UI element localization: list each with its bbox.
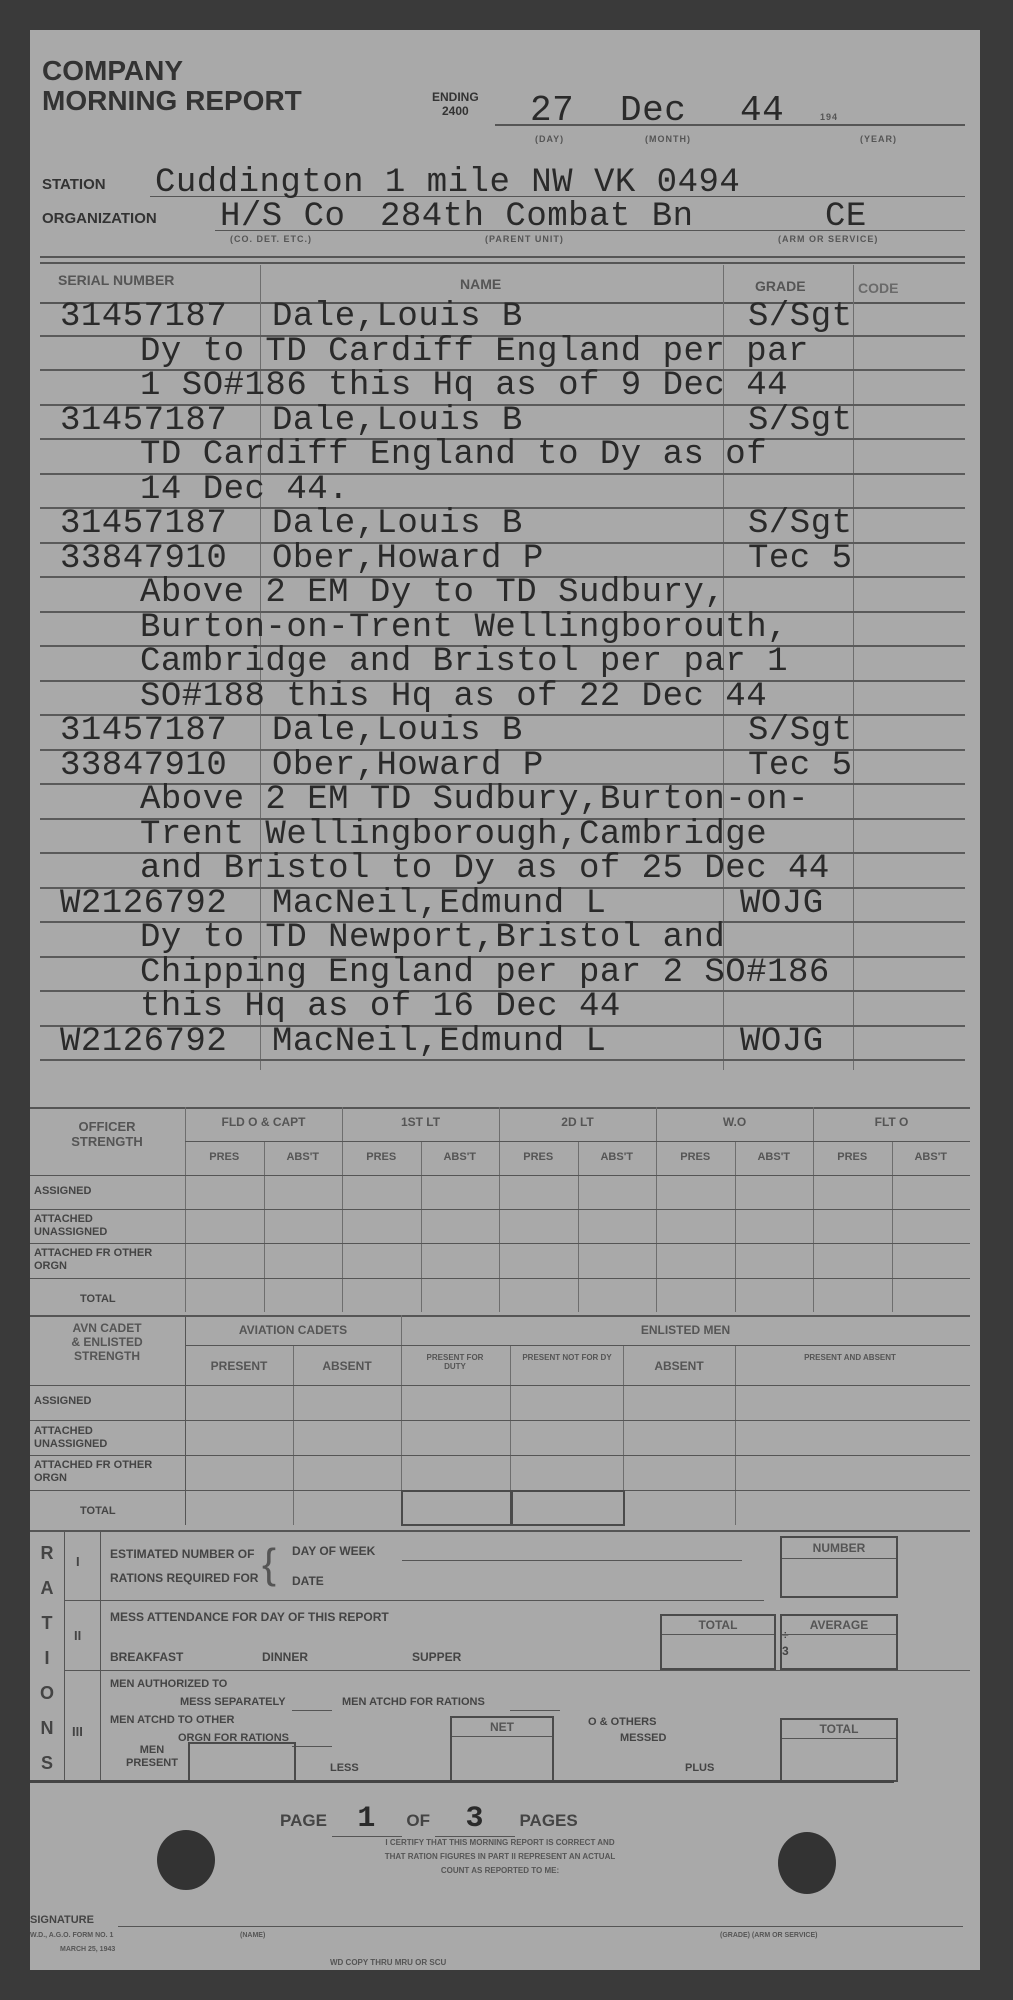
officer-group-header: 1ST LT [342,1115,499,1129]
officer-col-present: PRES [813,1151,892,1163]
table-row: 33847910Ober,Howard PTec 5 [40,751,965,786]
col-enlisted-absent: ABSENT [623,1359,735,1373]
form-title: COMPANY MORNING REPORT [42,56,302,116]
officer-col-present: PRES [656,1151,735,1163]
certify-line2: THAT RATION FIGURES IN PART II REPRESENT… [230,1850,770,1864]
person-name: Dale,Louis B [272,298,523,336]
page-counter: PAGE 1 OF 3 PAGES [280,1802,578,1837]
enlisted-title-line3: STRENGTH [34,1349,180,1363]
atchd-for-rations-field[interactable] [510,1710,560,1711]
net-box[interactable]: NET [450,1716,554,1782]
less-label: LESS [330,1762,359,1774]
remark-text: this Hq as of 16 Dec 44 [140,988,621,1026]
person-name: Ober,Howard P [272,540,544,578]
header-serial: SERIAL NUMBER [58,272,174,288]
part1-line2: RATIONS REQUIRED FOR [110,1566,258,1590]
serial-number: W2126792 [60,1023,227,1061]
report-month: Dec [620,90,686,131]
certify-line1: I CERTIFY THAT THIS MORNING REPORT IS CO… [230,1836,770,1850]
remark-text: TD Cardiff England to Dy as of [140,436,767,474]
total-box[interactable]: TOTAL [660,1614,776,1670]
grade-caption: (GRADE) (ARM OR SERVICE) [720,1932,817,1939]
officer-title-line1: OFFICER [34,1119,180,1134]
year-caption: (YEAR) [860,134,897,144]
grade: WOJG [740,1023,824,1061]
ending-text: ENDING [432,90,479,104]
rations-numeral-divider [100,1532,101,1782]
remark-row: Dy to TD Newport,Bristol and [40,923,965,958]
org-arm-service: CE [825,198,867,236]
certify-line3: COUNT AS REPORTED TO ME: [230,1864,770,1878]
atchd-for-rations-label: MEN ATCHD FOR RATIONS [342,1696,485,1708]
punch-hole-right [778,1832,836,1894]
officer-col-present: PRES [499,1151,578,1163]
officer-group-header: FLD O & CAPT [185,1115,342,1129]
officer-col-absent: ABS'T [735,1151,814,1163]
group-aviation-cadets: AVIATION CADETS [185,1323,401,1337]
table-row: 31457187Dale,Louis BS/Sgt [40,716,965,751]
ending-label: ENDING 2400 [432,90,479,118]
enlisted-row-total: TOTAL [80,1505,116,1517]
mess-separately-field[interactable] [292,1710,332,1711]
part2-numeral: II [74,1628,81,1643]
enlisted-row-assigned: ASSIGNED [34,1395,91,1407]
grade: S/Sgt [748,505,853,543]
person-name: MacNeil,Edmund L [272,1023,606,1061]
remark-row: Above 2 EM Dy to TD Sudbury, [40,578,965,613]
number-label: NUMBER [782,1538,896,1559]
rations-side-label: RATIONS [30,1536,64,1781]
total2-box[interactable]: TOTAL [780,1718,898,1782]
organization-label: ORGANIZATION [42,210,157,227]
grade: S/Sgt [748,712,853,750]
remark-text: Trent Wellingborough,Cambridge [140,816,767,854]
remark-row: Chipping England per par 2 SO#186 [40,958,965,993]
table-row: W2126792MacNeil,Edmund LWOJG [40,889,965,924]
grade: Tec 5 [748,747,853,785]
morning-report-form: COMPANY MORNING REPORT ENDING 2400 27 De… [30,30,980,1970]
rations-side-letter: A [30,1571,64,1606]
officer-col-absent: ABS'T [421,1151,500,1163]
table-top-rule-2 [40,262,965,264]
grade: S/Sgt [748,298,853,336]
page-number: 1 [332,1802,402,1837]
rations-side-letter: I [30,1641,64,1676]
remark-row: Cambridge and Bristol per par 1 [40,647,965,682]
men-present-line1: MEN [126,1744,178,1757]
officer-col-present: PRES [342,1151,421,1163]
serial-number: W2126792 [60,885,227,923]
rations-section: RATIONS I ESTIMATED NUMBER OF RATIONS RE… [30,1532,970,1782]
officer-group-header: 2D LT [499,1115,656,1129]
group-enlisted-men: ENLISTED MEN [401,1323,970,1337]
grade: Tec 5 [748,540,853,578]
signature-field[interactable] [118,1926,963,1927]
bottom-note: WD COPY THRU MRU OR SCU [330,1958,446,1967]
officer-strength-title: OFFICER STRENGTH [34,1119,180,1149]
remark-row: Above 2 EM TD Sudbury,Burton-on- [40,785,965,820]
rations-side-letter: T [30,1606,64,1641]
person-name: Ober,Howard P [272,747,544,785]
station-value: Cuddington 1 mile NW VK 0494 [155,164,740,202]
officer-sub-divider [578,1141,579,1312]
dinner-label: DINNER [262,1650,308,1664]
table-row: 31457187Dale,Louis BS/Sgt [40,509,965,544]
remark-text: Chipping England per par 2 SO#186 [140,954,830,992]
certification-text: I CERTIFY THAT THIS MORNING REPORT IS CO… [230,1836,770,1878]
rations-side-letter: R [30,1536,64,1571]
remark-row: and Bristol to Dy as of 25 Dec 44 [40,854,965,889]
average-label: AVERAGE [782,1616,896,1635]
grade: S/Sgt [748,402,853,440]
report-day: 27 [530,90,574,131]
org-unit: H/S Co [220,198,345,236]
officer-row-rule-1 [30,1209,970,1210]
rations-side-letter: S [30,1746,64,1781]
serial-number: 31457187 [60,505,227,543]
officer-row-rule-2 [30,1243,970,1244]
auth-line1: MEN AUTHORIZED TO [110,1678,227,1690]
month-caption: (MONTH) [645,134,691,144]
men-present-label: MEN PRESENT [126,1744,178,1770]
part2-title: MESS ATTENDANCE FOR DAY OF THIS REPORT [110,1610,389,1624]
part1-line1: ESTIMATED NUMBER OF [110,1542,258,1566]
punch-hole-left [157,1830,215,1890]
men-present-box[interactable] [188,1742,296,1782]
total-present-for-duty-box [401,1490,513,1526]
remark-text: SO#188 this Hq as of 22 Dec 44 [140,678,767,716]
total-present-not-for-duty-box [510,1490,625,1526]
report-year: 44 [740,90,784,131]
parent-caption: (PARENT UNIT) [485,234,564,244]
remark-row: Dy to TD Cardiff England per par [40,337,965,372]
serial-number: 31457187 [60,298,227,336]
remark-text: and Bristol to Dy as of 25 Dec 44 [140,850,830,888]
form-date: MARCH 25, 1943 [60,1946,115,1953]
remark-row: SO#188 this Hq as of 22 Dec 44 [40,682,965,717]
officer-row-attached-other: ATTACHED FR OTHER ORGN [34,1247,164,1273]
rations-side-divider [64,1532,65,1782]
remark-row: Burton-on-Trent Wellingborouth, [40,613,965,648]
person-name: Dale,Louis B [272,505,523,543]
supper-label: SUPPER [412,1650,461,1664]
o-others-line1: O & OTHERS [588,1716,656,1728]
col-cadets-absent: ABSENT [293,1359,401,1373]
table-row: W2126792MacNeil,Edmund LWOJG [40,1027,965,1062]
grade: WOJG [740,885,824,923]
name-caption: (NAME) [240,1932,265,1939]
officer-col-absent: ABS'T [578,1151,657,1163]
unit-caption: (CO. DET. ETC.) [230,234,312,244]
pages-label: PAGES [519,1811,577,1830]
of-label: OF [406,1811,430,1830]
atchd-other-field[interactable] [292,1746,332,1747]
ending-time: 2400 [432,104,479,118]
header-name: NAME [460,276,501,292]
remark-text: 14 Dec 44. [140,471,349,509]
officer-sub-divider [735,1141,736,1312]
enlisted-group-rule [185,1345,970,1346]
officer-title-line2: STRENGTH [34,1134,180,1149]
day-of-week-label: DAY OF WEEK [292,1544,375,1558]
person-name: Dale,Louis B [272,402,523,440]
officer-group-header: W.O [656,1115,813,1129]
officer-sub-divider [421,1141,422,1312]
part1-label: ESTIMATED NUMBER OF RATIONS REQUIRED FOR [110,1542,258,1590]
enlisted-col-div-5 [735,1345,736,1525]
enlisted-row-attached-unassigned: ATTACHED UNASSIGNED [34,1425,164,1451]
number-box[interactable]: NUMBER [780,1536,898,1598]
date-label: DATE [292,1574,324,1588]
day-of-week-field[interactable] [402,1560,742,1561]
brace-icon: { [262,1542,276,1586]
table-row: 33847910Ober,Howard PTec 5 [40,544,965,579]
men-present-line2: PRESENT [126,1757,178,1770]
remark-row: this Hq as of 16 Dec 44 [40,992,965,1027]
officer-group-header: FLT O [813,1115,970,1129]
enlisted-strength-title: AVN CADET & ENLISTED STRENGTH [34,1321,180,1363]
rations-side-letter: N [30,1711,64,1746]
average-box[interactable]: AVERAGE [780,1614,898,1670]
remark-text: Dy to TD Cardiff England per par [140,333,809,371]
officer-row-rule-3 [30,1278,970,1279]
serial-number: 31457187 [60,402,227,440]
org-parent-unit: 284th Combat Bn [380,198,694,236]
officer-col-present: PRES [185,1151,264,1163]
person-name: MacNeil,Edmund L [272,885,606,923]
rations-bottom-rule [30,1780,894,1783]
col-present-not-for-duty: PRESENT NOT FOR DY [522,1353,612,1362]
rations-part2-rule [64,1670,970,1671]
atchd-other-line1: MEN ATCHD TO OTHER [110,1714,234,1726]
officer-sub-divider [892,1141,893,1312]
col-present-for-duty: PRESENT FOR DUTY [415,1353,495,1371]
serial-number: 33847910 [60,747,227,785]
header-grade: GRADE [755,278,806,294]
day-caption: (DAY) [535,134,564,144]
remark-text: 1 SO#186 this Hq as of 9 Dec 44 [140,367,788,405]
remark-row: 1 SO#186 this Hq as of 9 Dec 44 [40,371,965,406]
enlisted-title-line2: & ENLISTED [34,1335,180,1349]
officer-group-rule [185,1141,970,1142]
o-others-line2: MESSED [620,1732,666,1744]
col-present-and-absent: PRESENT AND ABSENT [790,1353,910,1362]
part1-numeral: I [76,1554,80,1569]
part3-numeral: III [72,1724,83,1739]
col-cadets-present: PRESENT [185,1359,293,1373]
rations-side-letter: O [30,1676,64,1711]
page-total: 3 [435,1802,515,1837]
enlisted-row-attached-other: ATTACHED FR OTHER ORGN [34,1459,164,1485]
officer-sub-divider [264,1141,265,1312]
form-title-line2: MORNING REPORT [42,86,302,116]
table-row: 31457187Dale,Louis BS/Sgt [40,302,965,337]
form-title-line1: COMPANY [42,56,302,86]
remark-text: Above 2 EM Dy to TD Sudbury, [140,574,725,612]
serial-number: 31457187 [60,712,227,750]
remark-row: Trent Wellingborough,Cambridge [40,820,965,855]
officer-header-rule [30,1175,970,1176]
person-name: Dale,Louis B [272,712,523,750]
arm-caption: (ARM OR SERVICE) [778,234,878,244]
total-label: TOTAL [662,1616,774,1635]
header-code: CODE [858,280,898,296]
signature-label: SIGNATURE [30,1914,94,1926]
officer-row-assigned: ASSIGNED [34,1185,91,1197]
enlisted-strength-table: AVN CADET & ENLISTED STRENGTH AVIATION C… [30,1315,970,1530]
auth-line2: MESS SEPARATELY [180,1696,286,1708]
table-row: 31457187Dale,Louis BS/Sgt [40,406,965,441]
plus-label: PLUS [685,1762,714,1774]
station-label: STATION [42,176,106,193]
serial-number: 33847910 [60,540,227,578]
table-top-rule [40,256,965,258]
remark-text: Burton-on-Trent Wellingborouth, [140,609,788,647]
officer-strength-table: OFFICER STRENGTH FLD O & CAPTPRESABS'T1S… [30,1107,970,1315]
remark-text: Dy to TD Newport,Bristol and [140,919,725,957]
officer-col-absent: ABS'T [264,1151,343,1163]
remark-row: TD Cardiff England to Dy as of [40,440,965,475]
year-prefix: 194 [820,112,838,122]
officer-row-total: TOTAL [80,1293,116,1305]
remark-text: Above 2 EM TD Sudbury,Burton-on- [140,781,809,819]
officer-col-absent: ABS'T [892,1151,971,1163]
net-label: NET [452,1718,552,1737]
rations-part1-rule [64,1600,764,1601]
enlisted-row-rule-2 [30,1455,970,1456]
enlisted-row-rule-1 [30,1420,970,1421]
enlisted-title-line1: AVN CADET [34,1321,180,1335]
form-number: W.D., A.G.O. FORM NO. 1 [30,1932,113,1939]
remark-text: Cambridge and Bristol per par 1 [140,643,788,681]
enlisted-header-rule [30,1385,970,1386]
page-label: PAGE [280,1811,327,1830]
remark-row: 14 Dec 44. [40,475,965,510]
total2-label: TOTAL [782,1720,896,1739]
breakfast-label: BREAKFAST [110,1650,183,1664]
officer-row-attached-unassigned: ATTACHED UNASSIGNED [34,1213,164,1239]
